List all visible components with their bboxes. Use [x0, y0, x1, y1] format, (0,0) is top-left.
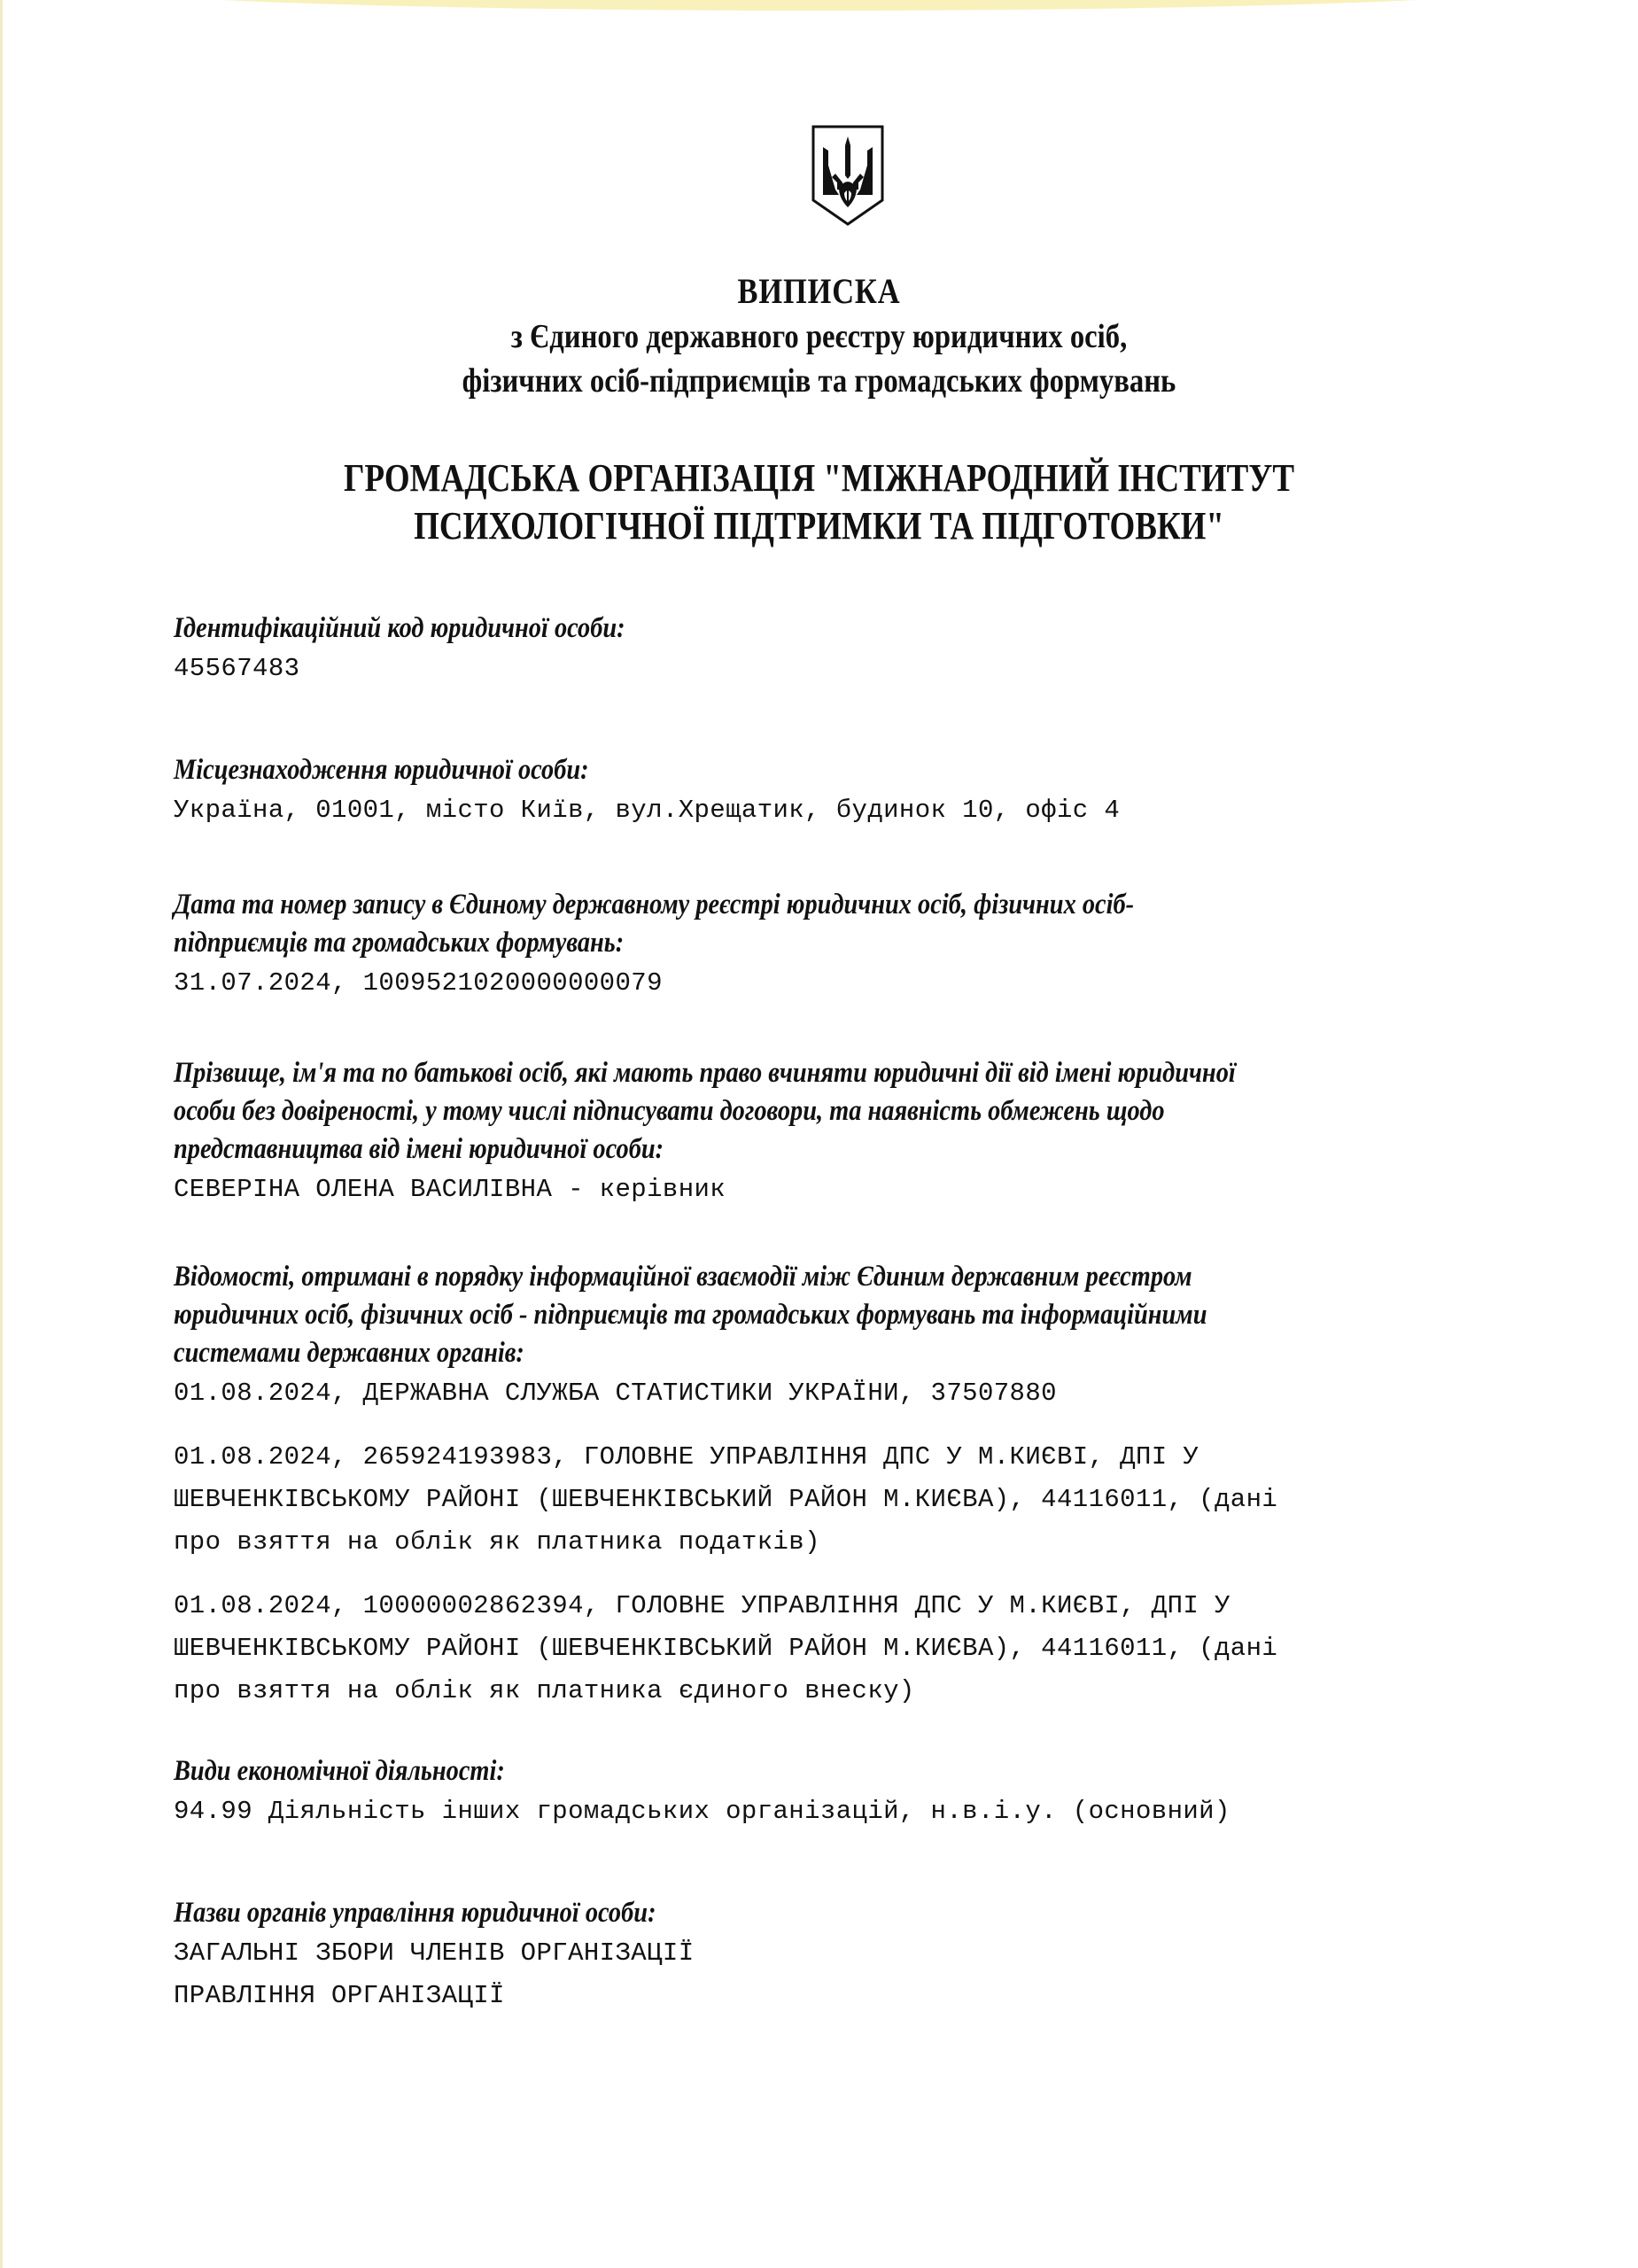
subtitle-line: фізичних осіб-підприємців та громадських… [114, 359, 1523, 403]
registry-record-value: 31.07.2024, 1009521020000000079 [174, 962, 1467, 1005]
interaction-entry-line: про взяття на облік як платника податків… [174, 1521, 1467, 1564]
field-label: Відомості, отримані в порядку інформацій… [174, 1258, 1469, 1296]
field-label: представництва від імені юридичної особи… [174, 1130, 1469, 1169]
document-subtitle: з Єдиного державного реєстру юридичних о… [114, 315, 1523, 403]
field-interaction-info: Відомості, отримані в порядку інформацій… [174, 1258, 1467, 1734]
field-identification-code: Ідентифікаційний код юридичної особи: 45… [174, 610, 1467, 690]
organization-name: ГРОМАДСЬКА ОРГАНІЗАЦІЯ "МІЖНАРОДНИЙ ІНСТ… [131, 454, 1507, 550]
interaction-entry-line: 01.08.2024, 265924193983, ГОЛОВНЕ УПРАВЛ… [174, 1436, 1467, 1479]
field-registry-record: Дата та номер запису в Єдиному державном… [174, 886, 1467, 1005]
document-page: ВИПИСКА з Єдиного державного реєстру юри… [0, 0, 1638, 2268]
field-representatives: Прізвище, ім'я та по батькові осіб, які … [174, 1054, 1467, 1211]
field-label: особи без довіреності, у тому числі підп… [174, 1092, 1469, 1130]
organization-name-line: ПСИХОЛОГІЧНОЇ ПІДТРИМКИ ТА ПІДГОТОВКИ" [131, 502, 1507, 550]
field-label: підприємців та громадських формувань: [174, 924, 1469, 962]
field-location: Місцезнаходження юридичної особи: Україн… [174, 751, 1467, 832]
economic-activity-value: 94.99 Діяльність інших громадських орган… [174, 1790, 1467, 1833]
identification-code-value: 45567483 [174, 648, 1467, 690]
coat-of-arms-icon [811, 124, 885, 227]
field-label: юридичних осіб, фізичних осіб - підприєм… [174, 1296, 1469, 1334]
field-label: Місцезнаходження юридичної особи: [174, 751, 1469, 789]
representative-value: СЕВЕРІНА ОЛЕНА ВАСИЛІВНА - керівник [174, 1169, 1467, 1211]
governing-body-value: ПРАВЛІННЯ ОРГАНІЗАЦІЇ [174, 1975, 1467, 2017]
field-economic-activities: Види економічної діяльності: 94.99 Діяль… [174, 1752, 1467, 1833]
interaction-entry-line: про взяття на облік як платника єдиного … [174, 1670, 1467, 1713]
field-label: системами державних органів: [174, 1334, 1469, 1372]
field-label: Види економічної діяльності: [174, 1752, 1469, 1790]
field-label: Прізвище, ім'я та по батькові осіб, які … [174, 1054, 1469, 1092]
field-governing-bodies: Назви органів управління юридичної особи… [174, 1894, 1467, 2017]
field-label: Дата та номер запису в Єдиному державном… [174, 886, 1469, 924]
interaction-entry: 01.08.2024, 265924193983, ГОЛОВНЕ УПРАВЛ… [174, 1436, 1467, 1564]
document-title: ВИПИСКА [114, 270, 1523, 312]
governing-body-value: ЗАГАЛЬНІ ЗБОРИ ЧЛЕНІВ ОРГАНІЗАЦІЇ [174, 1932, 1467, 1975]
interaction-entry: 01.08.2024, 10000002862394, ГОЛОВНЕ УПРА… [174, 1585, 1467, 1713]
organization-name-line: ГРОМАДСЬКА ОРГАНІЗАЦІЯ "МІЖНАРОДНИЙ ІНСТ… [131, 454, 1507, 502]
interaction-entry-line: ШЕВЧЕНКІВСЬКОМУ РАЙОНІ (ШЕВЧЕНКІВСЬКИЙ Р… [174, 1479, 1467, 1521]
location-value: Україна, 01001, місто Київ, вул.Хрещатик… [174, 789, 1467, 832]
interaction-entry-line: 01.08.2024, 10000002862394, ГОЛОВНЕ УПРА… [174, 1585, 1467, 1627]
field-label: Ідентифікаційний код юридичної особи: [174, 610, 1469, 648]
subtitle-line: з Єдиного державного реєстру юридичних о… [114, 315, 1523, 359]
interaction-entry: 01.08.2024, ДЕРЖАВНА СЛУЖБА СТАТИСТИКИ У… [174, 1372, 1467, 1415]
interaction-entry-line: ШЕВЧЕНКІВСЬКОМУ РАЙОНІ (ШЕВЧЕНКІВСЬКИЙ Р… [174, 1627, 1467, 1670]
field-label: Назви органів управління юридичної особи… [174, 1894, 1469, 1932]
interaction-entry-line: 01.08.2024, ДЕРЖАВНА СЛУЖБА СТАТИСТИКИ У… [174, 1372, 1467, 1415]
